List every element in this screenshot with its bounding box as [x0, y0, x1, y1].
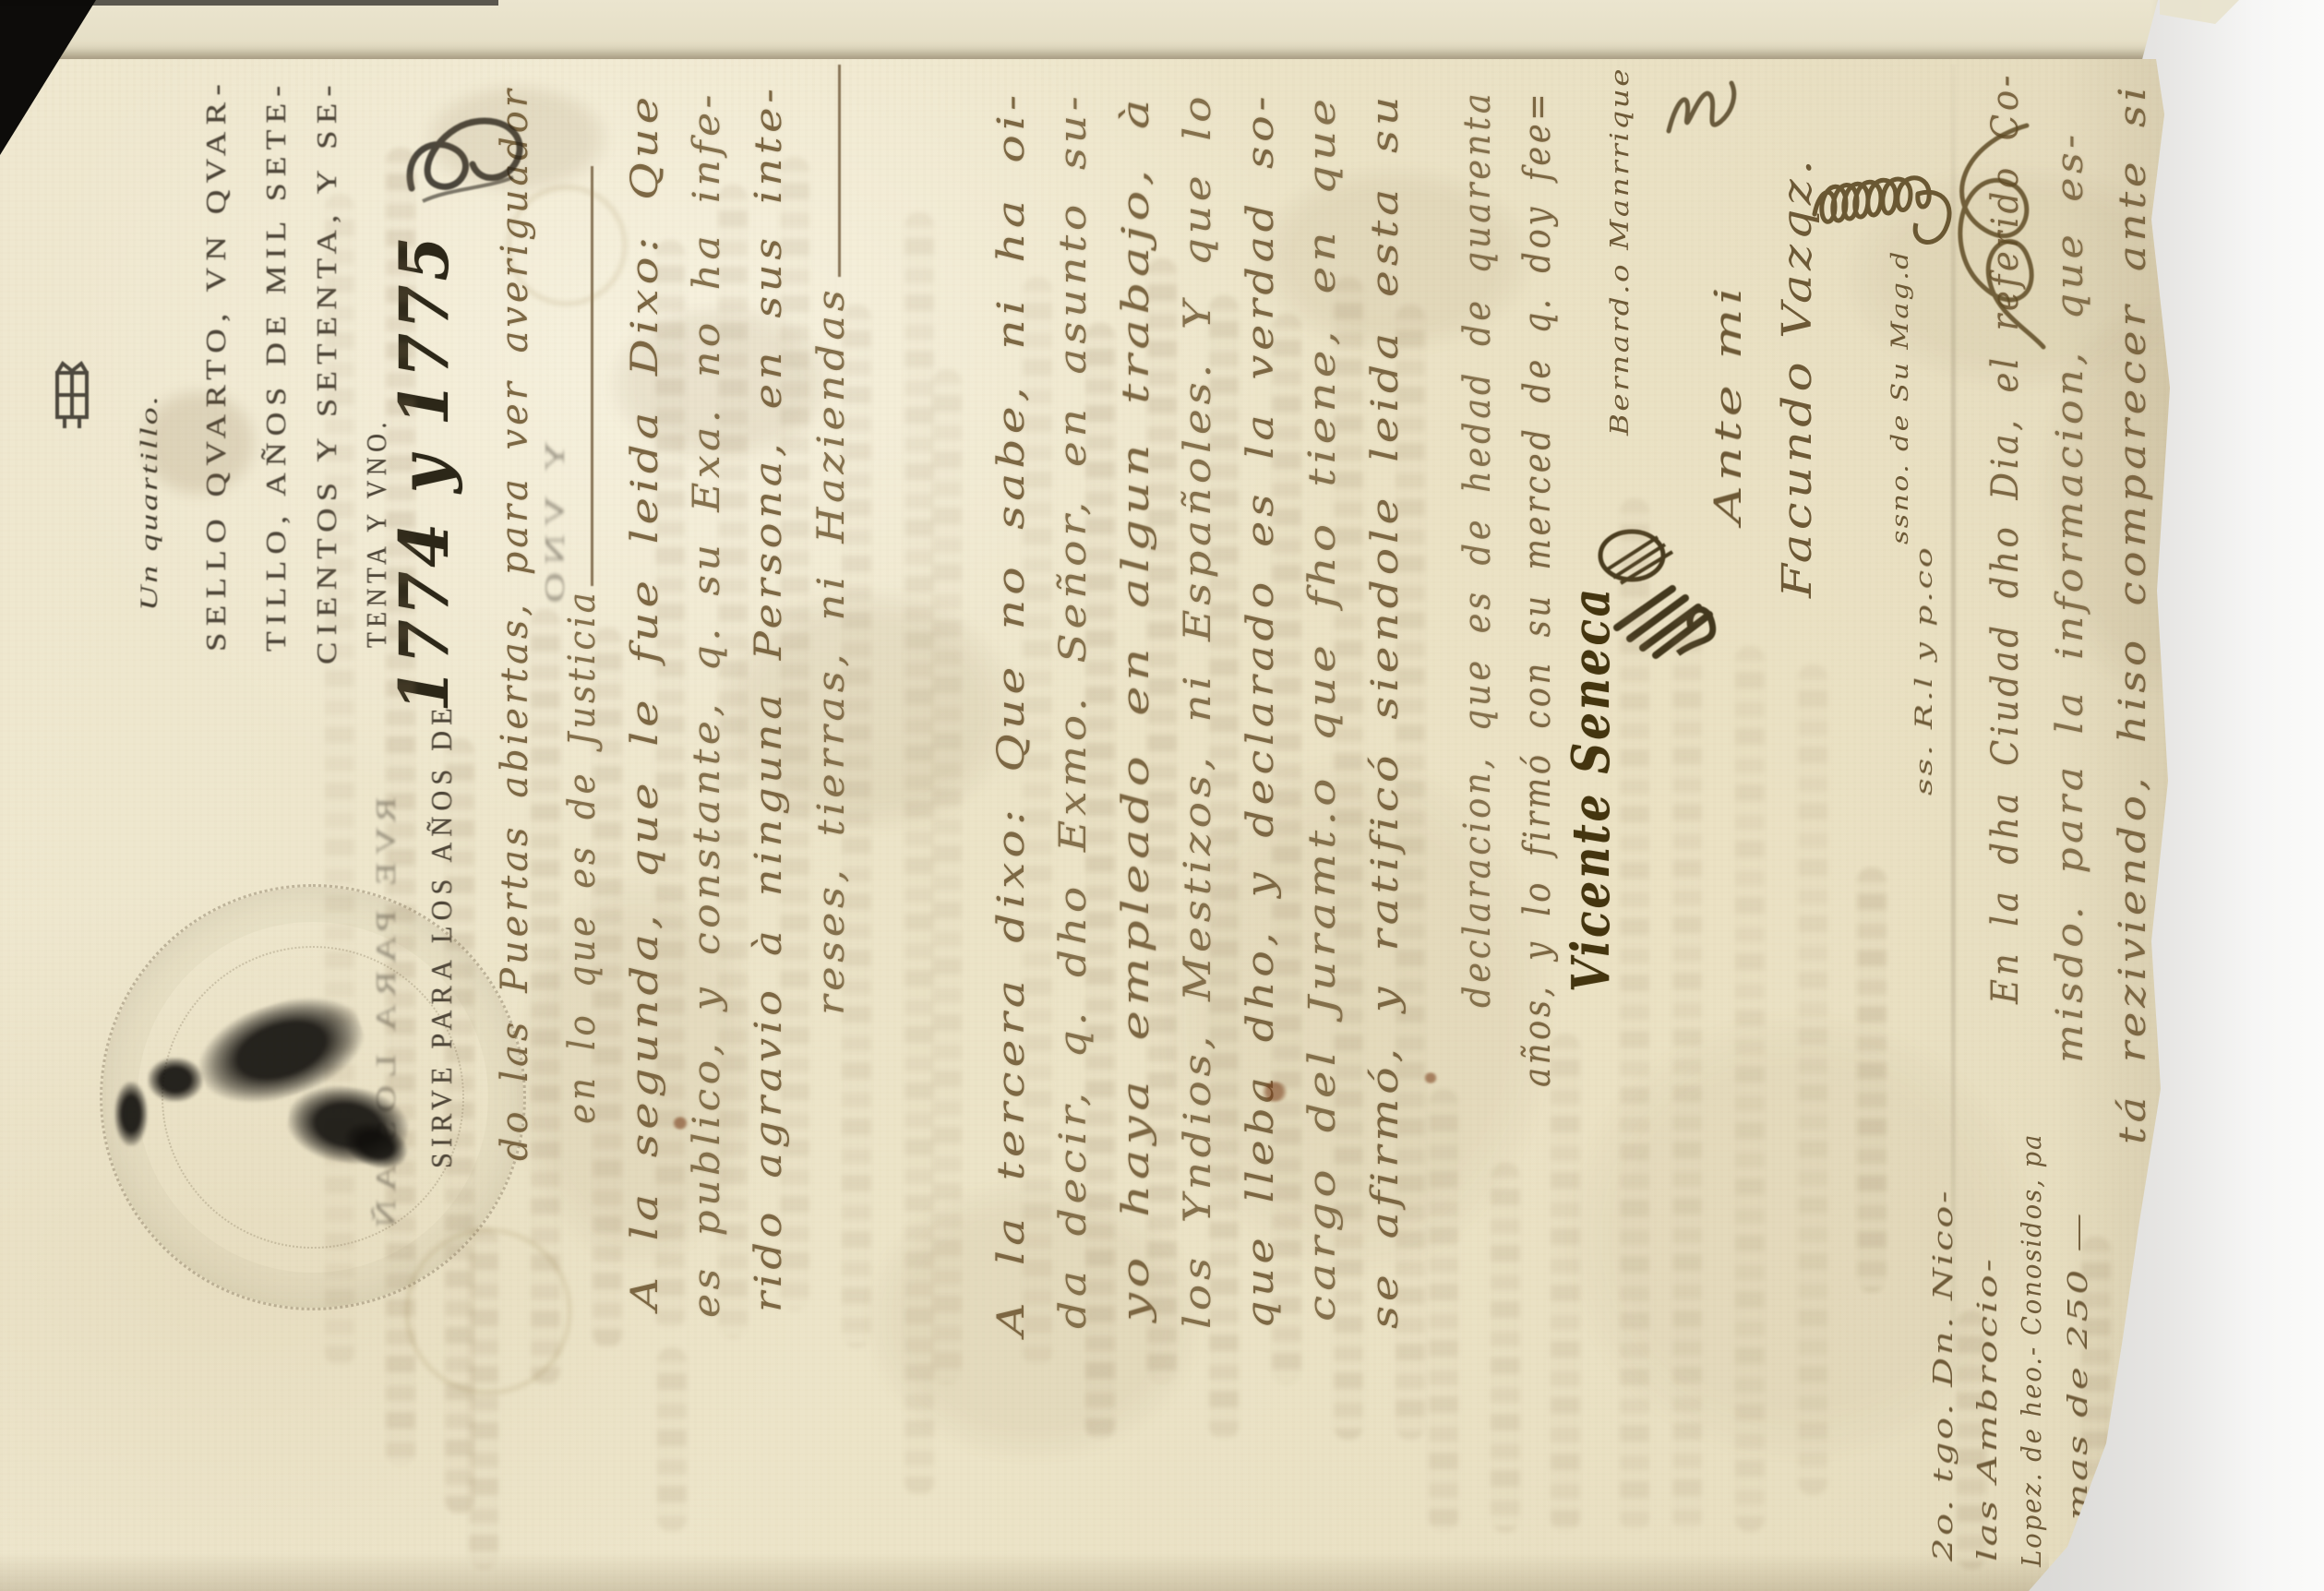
escribano-signature: Facundo Vazqz. [1777, 156, 1819, 598]
testimony-line: rido agravio à ninguna Persona, en sus i… [749, 85, 788, 1312]
testimony-line: reses, tierras, ni Haziendas [812, 286, 851, 1015]
previous-page-edge [0, 0, 2158, 66]
testimony-line: da decir, q. dho Exmo. Señor, en asunto … [1054, 92, 1093, 1329]
entry-line: à Nicolás Ambrocio à Lopez, vesino de [2176, 111, 2215, 1001]
testimony-line: yo haya empleado en algun trabajo, à [1117, 94, 1156, 1322]
margin-rubric-upper [2228, 353, 2285, 423]
testimony-line: cargo del Juramt.o que fho tiene, en que [1303, 94, 1342, 1322]
stamp-seal-line: SELLO QVARTO, VN QVAR- [201, 78, 232, 652]
escribano-title: ssno. de Su Mag.d [1888, 249, 1912, 544]
cosigner-signature: Bernard.o Manrrique [1608, 66, 1634, 436]
testimony-line: en lo que es de Justicia [563, 589, 602, 1124]
entry-line: misdo. para la informacion, que es- [2051, 130, 2090, 1063]
paragraph-end-rule [838, 65, 841, 277]
stamp-offset-ghost-revalidation: RVE PARA LOS AÑ [371, 797, 401, 1235]
stamp-seal-line: TILLO, AÑOS DE MIL SETE- [261, 79, 292, 652]
rotated-text-layer: Un quartillo.SELLO QVARTO, VN QVAR-TILLO… [0, 0, 2324, 1591]
margin-note-line: a mas de 250 — [2064, 1211, 2091, 1561]
loose-sheet-corner [2160, 0, 2239, 24]
scanned-manuscript-document: Un quartillo.SELLO QVARTO, VN QVAR-TILLO… [0, 0, 2324, 1591]
ante-mi-label: Ante mi [1709, 283, 1748, 524]
stamp-revalidation-years: 1774 y 1775 [389, 233, 461, 712]
entry-line: En la dha Ciudad dho Dia, el referido Co… [1986, 72, 2025, 1004]
stamp-seal-line: CIENTOS Y SETENTA, Y SE- [312, 78, 342, 664]
testimony-line: años, y lo firmó con su merced de q. doy… [1518, 90, 1557, 1087]
entry-line: tá reziviendo, hiso comparecer ante si [2114, 83, 2152, 1144]
paragraph-end-rule [591, 166, 593, 586]
margin-note-line: las Ambrocio- [1973, 1256, 2001, 1561]
testimony-line: es publico, y constante, q. su Exa. no h… [688, 90, 726, 1318]
bleed-through-line [2280, 277, 2309, 1292]
testimony-line: A la segunda, que le fue leida Dixo: Que [626, 92, 665, 1310]
margin-rubric-lower [2226, 1118, 2285, 1196]
testimony-line: los Yndios, Mestizos, ni Españoles. Y qu… [1179, 92, 1217, 1329]
scan-top-edge [0, 0, 498, 6]
manuscript-page: Un quartillo.SELLO QVARTO, VN QVAR-TILLO… [0, 0, 2324, 1591]
margin-note-line: Lopez. de heo.- Conosidos, pa [2018, 1133, 2045, 1567]
witness-signature: Vicente Seneca [1564, 586, 1619, 992]
testimony-line: declaracion, que es de hedad de quarenta [1458, 90, 1497, 1008]
bleed-through-line [2245, 221, 2274, 1532]
escribano-title: ss. R.l y p.co [1912, 544, 1936, 795]
bleed-through-line [2210, 1071, 2240, 1560]
stamp-fee-label: Un quartillo. [137, 393, 162, 611]
stamp-offset-ghost-caps: Y VNO [540, 441, 570, 611]
testimony-line: se afirmó, y ratificó siendole leida est… [1366, 92, 1405, 1329]
stamp-revalidation-printed: SIRVE PARA LOS AÑOS DE [426, 702, 458, 1168]
testimony-line: do las Puertas abiertas, para ver averig… [496, 86, 534, 1161]
testimony-line: que lleba dho, y declarado es la verdad … [1241, 92, 1280, 1329]
testimony-line: A la tercera dixo: Que no sabe, ni ha oi… [992, 90, 1031, 1336]
bleed-through-line [2146, 1200, 2175, 1560]
margin-note-line: 2o. tgo. Dn. Nico- [1929, 1189, 1957, 1561]
